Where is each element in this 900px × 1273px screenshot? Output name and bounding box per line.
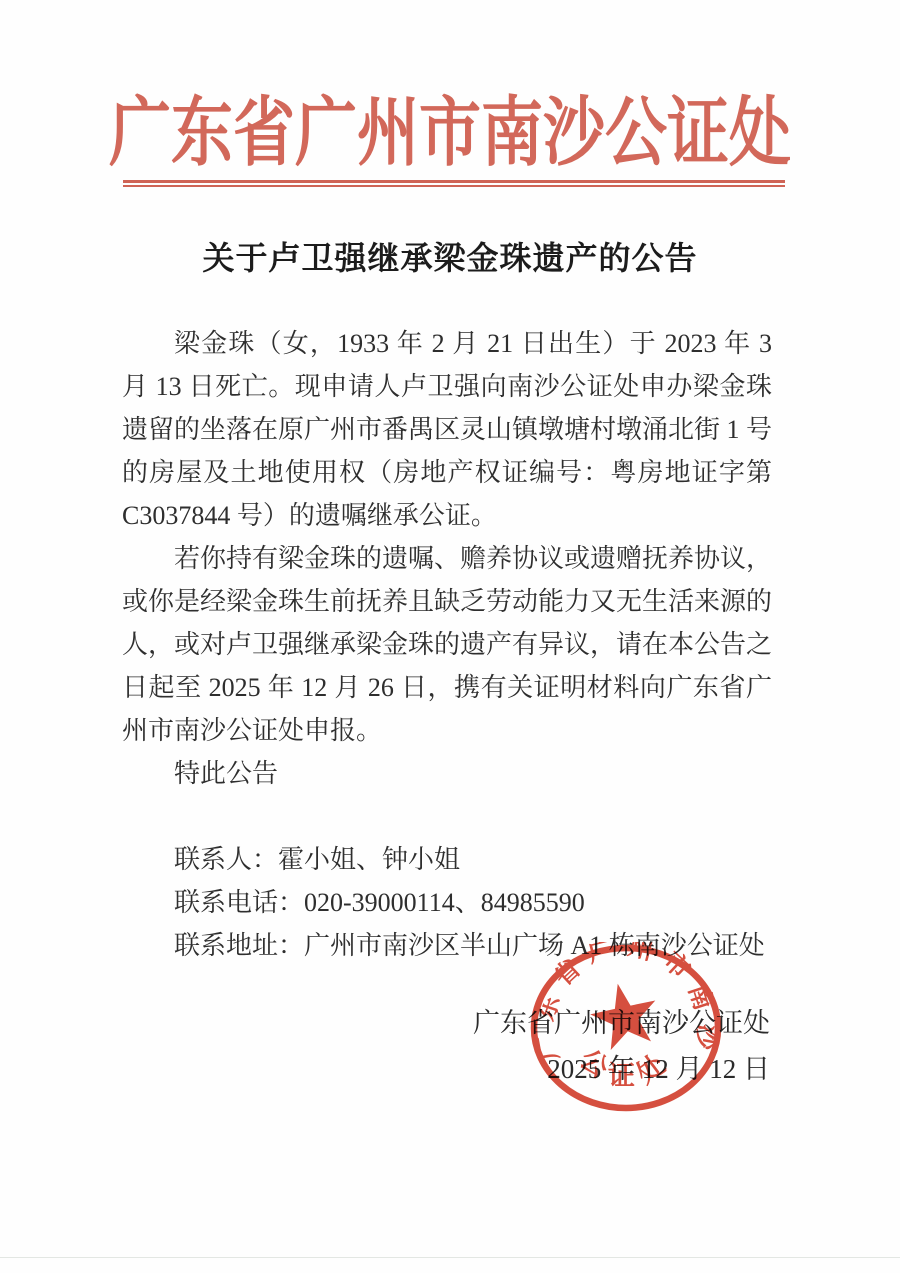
contact-phone-line: 联系电话：020-39000114、84985590 <box>122 881 772 924</box>
blank-line-spacer <box>122 795 772 838</box>
letterhead-title: 广东省广州市南沙公证处 <box>109 72 791 181</box>
contact-person-line: 联系人：霍小姐、钟小姐 <box>122 838 772 881</box>
letterhead: 广东省广州市南沙公证处 <box>0 72 900 161</box>
star-icon <box>585 977 663 1053</box>
seal-bottom-text: 公证处 <box>574 1044 677 1091</box>
svg-text:公证处: 公证处 <box>574 1044 677 1091</box>
document-body: 梁金珠（女，1933 年 2 月 21 日出生）于 2023 年 3 月 13 … <box>122 322 772 967</box>
paragraph-closing: 特此公告 <box>122 752 772 795</box>
paper-edge-shadow <box>0 1257 900 1258</box>
notary-announcement-page: 广东省广州市南沙公证处 关于卢卫强继承梁金珠遗产的公告 梁金珠（女，1933 年… <box>0 0 900 1273</box>
document-title: 关于卢卫强继承梁金珠遗产的公告 <box>0 233 900 279</box>
letterhead-double-rule <box>123 180 785 187</box>
official-seal: 广东省广州市南沙 公证处 <box>524 942 728 1114</box>
paragraph-objection-notice: 若你持有梁金珠的遗嘱、赡养协议或遗赠抚养协议，或你是经梁金珠生前抚养且缺乏劳动能… <box>122 537 772 752</box>
paragraph-decedent-info: 梁金珠（女，1933 年 2 月 21 日出生）于 2023 年 3 月 13 … <box>122 322 772 537</box>
